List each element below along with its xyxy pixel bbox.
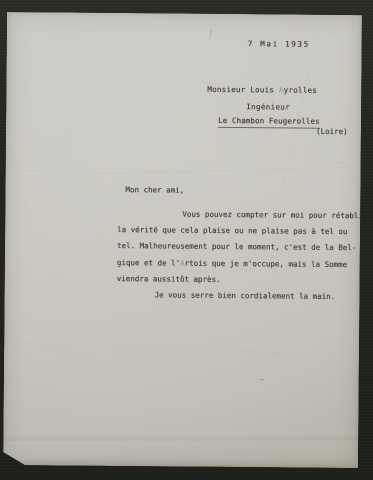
letter-page: 7 Mai 1935 Monsieur Louis Ayrolles Ingén… [3, 12, 362, 468]
paper-speck [260, 379, 264, 380]
recipient-title: Ingénieur [246, 102, 290, 112]
scan-background: 7 Mai 1935 Monsieur Louis Ayrolles Ingén… [0, 0, 373, 480]
letter-body: Vous pouvez compter sur moi pour rétabli… [116, 206, 369, 305]
paper-fold-shadow [3, 431, 358, 441]
recipient-name-rest: yrolles [284, 85, 317, 94]
recipient-name-faint-initial: A [279, 85, 284, 94]
recipient-city: Le Chambon Feugerolles [218, 116, 320, 129]
recipient-name: Monsieur Louis Ayrolles [207, 85, 317, 96]
letter-date: 7 Mai 1935 [248, 39, 310, 50]
body-line-4-faint-initial: A [180, 258, 185, 267]
paper-crease [0, 341, 373, 357]
recipient-name-prefix: Monsieur Louis [207, 85, 279, 95]
body-line-4-post: rtois que je m'occupe, mais la Somme [185, 258, 348, 268]
body-line-4-pre: gique et de l' [117, 258, 180, 268]
paper-crease [0, 164, 373, 176]
salutation: Mon cher ami, [125, 185, 184, 196]
recipient-department: (Loire) [316, 127, 348, 137]
closing-line: Je vous serre bien cordialement la main. [116, 287, 368, 305]
paper-scratch [209, 30, 211, 39]
